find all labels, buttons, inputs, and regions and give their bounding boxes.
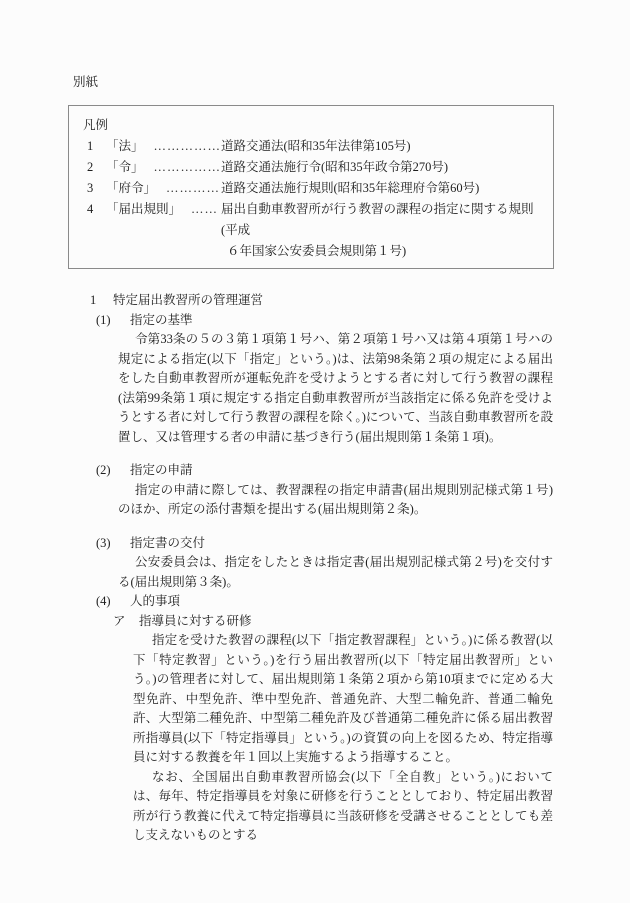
legend-term-cell: 「届出規則」……: [106, 199, 221, 262]
legend-term: 「法」: [106, 139, 144, 153]
legend-title: 凡例: [83, 115, 543, 136]
legend-row-3: 3 「府令」…………… 道路交通法施行規則(昭和35年総理府令第60号): [83, 178, 543, 199]
legend-row-number: 2: [87, 157, 106, 178]
legend-leader-dots: ……………: [166, 181, 221, 195]
legend-description-line1: 届出自動車教習所が行う教習の課程の指定に関する規則(平成: [221, 202, 534, 237]
subsection-1-paragraph: 令第33条の５の３第１項第１号ハ、第２項第１号ハ又は第４項第１号ハの規定による指…: [118, 330, 553, 447]
subsection-title: 指定の申請: [130, 463, 193, 477]
legend-leader-dots: ……: [191, 202, 218, 216]
legend-row-4: 4 「届出規則」…… 届出自動車教習所が行う教習の課程の指定に関する規則(平成６…: [83, 199, 543, 262]
subsection-4-heading: (4)人的事項: [96, 592, 630, 612]
paragraph-spacer: [0, 520, 630, 534]
legend-term: 「令」: [106, 160, 144, 174]
legend-term-cell: 「令」……………: [106, 157, 221, 178]
subsection-title: 人的事項: [130, 594, 180, 608]
legend-row-number: 1: [87, 136, 106, 157]
legend-description: 道路交通法施行令(昭和35年政令第270号): [221, 157, 543, 178]
legend-description: 道路交通法(昭和35年法律第105号): [221, 136, 543, 157]
legend-term: 「府令」: [106, 181, 156, 195]
subsection-2-paragraph: 指定の申請に際しては、教習課程の指定申請書(届出規則別記様式第１号)のほか、所定…: [118, 481, 553, 520]
legend-row-2: 2 「令」…………… 道路交通法施行令(昭和35年政令第270号): [83, 157, 543, 178]
paragraph-spacer: [0, 447, 630, 461]
legend-leader-dots: ……………: [154, 139, 221, 153]
document-body: 1特定届出教習所の管理運営 (1)指定の基準 令第33条の５の３第１項第１号ハ、…: [0, 291, 630, 846]
item-a-heading: ア指導員に対する研修: [113, 612, 630, 632]
legend-row-number: 4: [87, 199, 106, 262]
legend-box: 凡例 1 「法」…………… 道路交通法(昭和35年法律第105号) 2 「令」……: [68, 105, 554, 269]
subsection-2-heading: (2)指定の申請: [96, 461, 630, 481]
legend-description-line2: ６年国家公安委員会規則第１号): [221, 241, 543, 262]
legend-term-cell: 「法」……………: [106, 136, 221, 157]
legend-row-1: 1 「法」…………… 道路交通法(昭和35年法律第105号): [83, 136, 543, 157]
section-title: 特定届出教習所の管理運営: [113, 293, 263, 307]
legend-term: 「届出規則」: [106, 202, 181, 216]
subsection-label: (3): [96, 534, 130, 554]
item-a-paragraph-1: 指定を受けた教習の課程(以下「指定教習課程」という。)に係る教習(以下「特定教習…: [133, 631, 553, 768]
section-1-heading: 1特定届出教習所の管理運営: [90, 291, 630, 311]
subsection-3-heading: (3)指定書の交付: [96, 534, 630, 554]
item-label: ア: [113, 612, 139, 632]
subsection-title: 指定の基準: [130, 313, 193, 327]
attachment-label: 別紙: [73, 73, 98, 93]
item-title: 指導員に対する研修: [139, 614, 252, 628]
subsection-1-heading: (1)指定の基準: [96, 311, 630, 331]
subsection-label: (1): [96, 311, 130, 331]
subsection-label: (2): [96, 461, 130, 481]
section-number: 1: [90, 291, 113, 311]
legend-row-number: 3: [87, 178, 106, 199]
legend-description: 届出自動車教習所が行う教習の課程の指定に関する規則(平成６年国家公安委員会規則第…: [221, 199, 543, 262]
subsection-title: 指定書の交付: [130, 536, 205, 550]
legend-leader-dots: ……………: [154, 160, 221, 174]
legend-description: 道路交通法施行規則(昭和35年総理府令第60号): [221, 178, 543, 199]
subsection-label: (4): [96, 592, 130, 612]
document-page: 別紙 凡例 1 「法」…………… 道路交通法(昭和35年法律第105号) 2 「…: [0, 0, 630, 903]
subsection-3-paragraph: 公安委員会は、指定をしたときは指定書(届出規別記様式第２号)を交付する(届出規則…: [118, 553, 553, 592]
item-a-paragraph-2: なお、全国届出自動車教習所協会(以下「全自教」という。)においては、毎年、特定指…: [133, 768, 553, 846]
legend-term-cell: 「府令」……………: [106, 178, 221, 199]
